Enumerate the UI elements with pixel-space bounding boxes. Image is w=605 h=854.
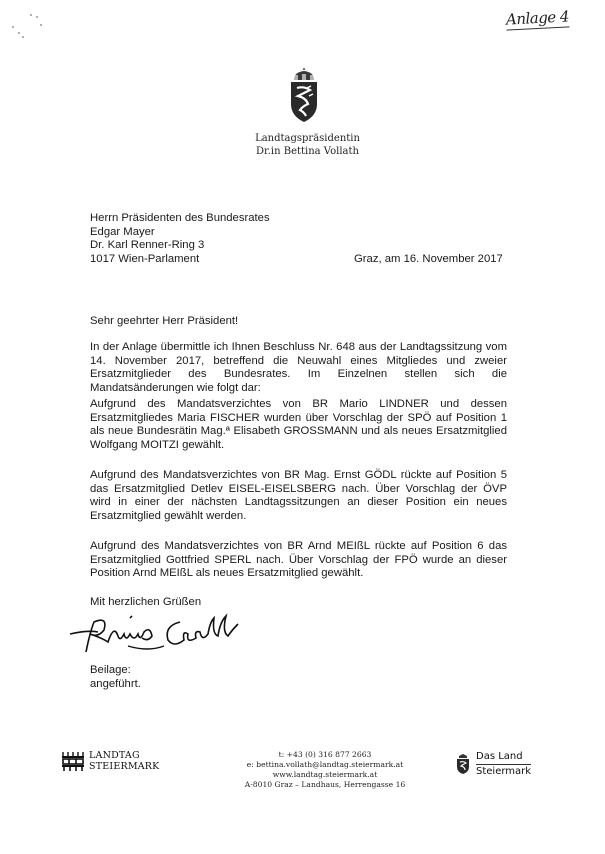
salutation: Sehr geehrter Herr Präsident! [90,315,238,327]
land-steiermark-logo: Das Land Steiermark [456,750,531,778]
body-paragraph: In der Anlage übermittle ich Ihnen Besch… [90,341,507,395]
recipient-address: Herrn Präsidenten des Bundesrates Edgar … [90,212,270,266]
handwritten-signature [68,612,248,660]
contact-address: A-8010 Graz – Landhaus, Herrengasse 16 [175,780,475,790]
enclosure-value: angeführt. [90,678,141,692]
styrian-panther-shield-icon [456,754,470,774]
recipient-line: Dr. Karl Renner-Ring 3 [90,239,270,253]
recipient-line: Edgar Mayer [90,226,270,240]
scan-specks [10,12,60,42]
sender-block: Landtagspräsidentin Dr.in Bettina Vollat… [0,132,605,158]
closing: Mit herzlichen Grüßen [90,596,201,608]
body-paragraph: Aufgrund des Mandatsverzichtes von BR Ma… [90,469,507,523]
contact-block: t: +43 (0) 316 877 2663 e: bettina.volla… [175,750,475,790]
enclosure-label: Beilage: [90,664,141,678]
landtag-logo-line1: LANDTAG [89,750,159,761]
body-paragraph: Aufgrund des Mandatsverzichtes von BR Ma… [90,398,507,452]
landtag-logo-line2: STEIERMARK [89,761,159,772]
styrian-coat-of-arms-icon [288,66,320,124]
land-logo-line2: Steiermark [476,765,531,778]
landtag-building-icon [62,751,84,771]
recipient-line: Herrn Präsidenten des Bundesrates [90,212,270,226]
sender-name: Dr.in Bettina Vollath [0,145,605,158]
enclosure: Beilage: angeführt. [90,664,141,691]
contact-phone: t: +43 (0) 316 877 2663 [175,750,475,760]
handwritten-annotation: Anlage 4 [506,7,570,30]
landtag-logo: LANDTAG STEIERMARK [62,750,159,772]
contact-website[interactable]: www.landtag.steiermark.at [175,770,475,780]
body-paragraph: Aufgrund des Mandatsverzichtes von BR Ar… [90,540,507,581]
recipient-line: 1017 Wien-Parlament [90,253,270,267]
land-logo-line1: Das Land [476,750,531,765]
letter-date: Graz, am 16. November 2017 [354,253,503,265]
contact-email[interactable]: e: bettina.vollath@landtag.steiermark.at [175,760,475,770]
sender-title: Landtagspräsidentin [0,132,605,145]
